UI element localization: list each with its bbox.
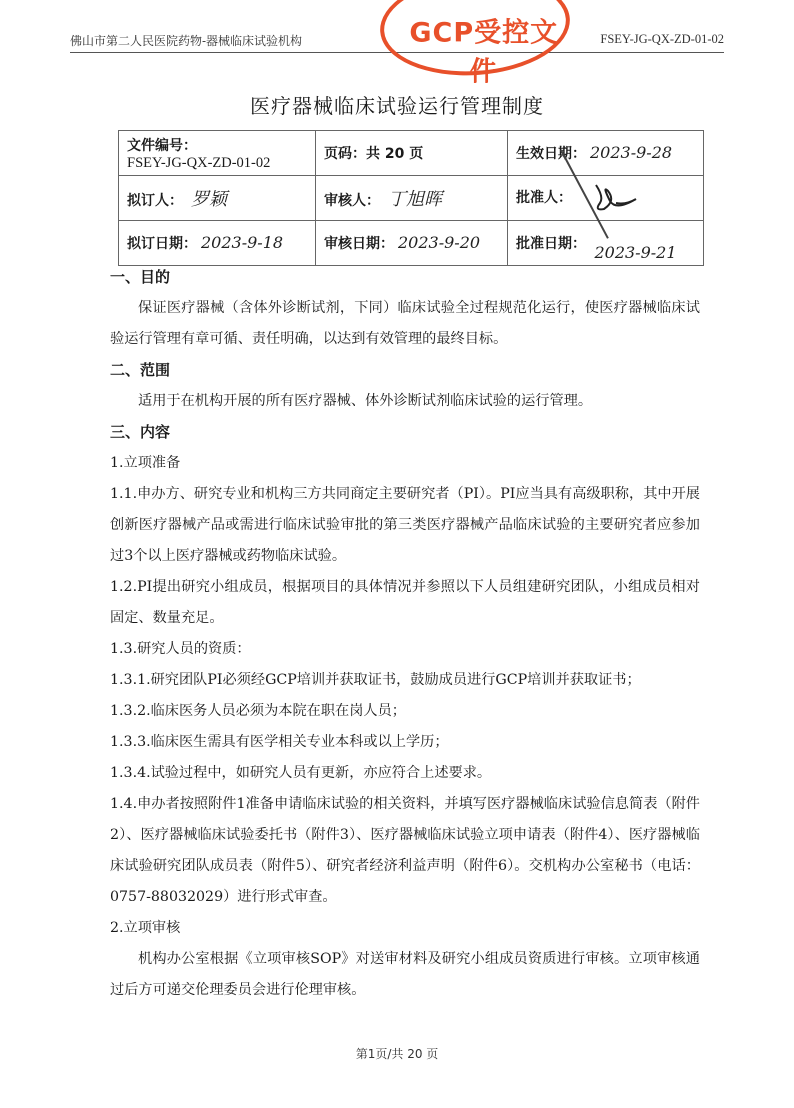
institution-name: 佛山市第二人民医院药物-器械临床试验机构	[70, 32, 302, 49]
drafter-signature: 罗颖	[191, 189, 227, 210]
effective-date-label: 生效日期：	[516, 146, 586, 162]
effective-date-value: 2023-9-28	[590, 143, 672, 162]
approve-date-value: 2023-9-21	[594, 243, 676, 262]
reviewer-label: 审核人：	[324, 193, 380, 209]
draft-date-value: 2023-9-18	[201, 233, 283, 252]
paragraph: 适用于在机构开展的所有医疗器械、体外诊断试剂临床试验的运行管理。	[110, 386, 700, 417]
draft-date-cell: 拟订日期：2023-9-18	[119, 221, 316, 266]
approver-label: 批准人：	[516, 190, 572, 206]
review-date-label: 审核日期：	[324, 236, 394, 252]
paragraph: 1.4.申办者按照附件1准备申请临床试验的相关资料，并填写医疗器械临床试验信息简…	[110, 789, 700, 913]
paragraph: 1.3.1.研究团队PI必须经GCP培训并获取证书，鼓励成员进行GCP培训并获取…	[110, 665, 700, 696]
page-indicator: 第1页/共 20 页	[0, 1045, 794, 1062]
paragraph: 1.1.申办方、研究专业和机构三方共同商定主要研究者（PI）。PI应当具有高级职…	[110, 479, 700, 572]
gcp-controlled-stamp: GCP受控文件	[377, 0, 574, 82]
paragraph: 1.2.PI提出研究小组成员，根据项目的具体情况并参照以下人员组建研究团队，小组…	[110, 572, 700, 634]
stamp-text: GCP受控文件	[404, 10, 564, 88]
section-heading-purpose: 一、目的	[110, 262, 700, 293]
review-date-value: 2023-9-20	[398, 233, 480, 252]
draft-date-label: 拟订日期：	[127, 236, 197, 252]
file-number-label: 文件编号：	[127, 138, 197, 154]
page-count-cell: 页码：共 20 页	[316, 131, 508, 176]
file-number-value: FSEY-JG-QX-ZD-01-02	[127, 155, 307, 172]
review-date-cell: 审核日期：2023-9-20	[316, 221, 508, 266]
paragraph: 1.3.4.试验过程中，如研究人员有更新，亦应符合上述要求。	[110, 758, 700, 789]
document-title: 医疗器械临床试验运行管理制度	[0, 90, 794, 119]
reviewer-cell: 审核人：丁旭晖	[316, 176, 508, 221]
file-number-cell: 文件编号： FSEY-JG-QX-ZD-01-02	[119, 131, 316, 176]
paragraph: 机构办公室根据《立项审核SOP》对送审材料及研究小组成员资质进行审核。立项审核通…	[110, 944, 700, 1006]
paragraph: 1.3.3.临床医生需具有医学相关专业本科或以上学历；	[110, 727, 700, 758]
paragraph: 保证医疗器械（含体外诊断试剂，下同）临床试验全过程规范化运行，使医疗器械临床试验…	[110, 293, 700, 355]
section-heading-scope: 二、范围	[110, 355, 700, 386]
document-code: FSEY-JG-QX-ZD-01-02	[600, 32, 724, 47]
page-count: 页码：共 20 页	[324, 146, 423, 162]
document-info-table: 文件编号： FSEY-JG-QX-ZD-01-02 页码：共 20 页 生效日期…	[118, 130, 704, 266]
drafter-cell: 拟订人：罗颖	[119, 176, 316, 221]
approver-signature-icon	[586, 181, 646, 215]
drafter-label: 拟订人：	[127, 193, 183, 209]
reviewer-signature: 丁旭晖	[388, 189, 442, 210]
paragraph: 1.3.2.临床医务人员必须为本院在职在岗人员；	[110, 696, 700, 727]
effective-date-cell: 生效日期：2023-9-28	[508, 131, 704, 176]
document-body: 一、目的 保证医疗器械（含体外诊断试剂，下同）临床试验全过程规范化运行，使医疗器…	[110, 262, 700, 1006]
subsection-heading: 2.立项审核	[110, 913, 700, 944]
approver-cell: 批准人：	[508, 176, 704, 221]
approve-date-label: 批准日期：	[516, 236, 586, 252]
subsection-heading: 1.立项准备	[110, 448, 700, 479]
section-heading-content: 三、内容	[110, 417, 700, 448]
paragraph: 1.3.研究人员的资质：	[110, 634, 700, 665]
approve-date-cell: 批准日期： 2023-9-21	[508, 221, 704, 266]
